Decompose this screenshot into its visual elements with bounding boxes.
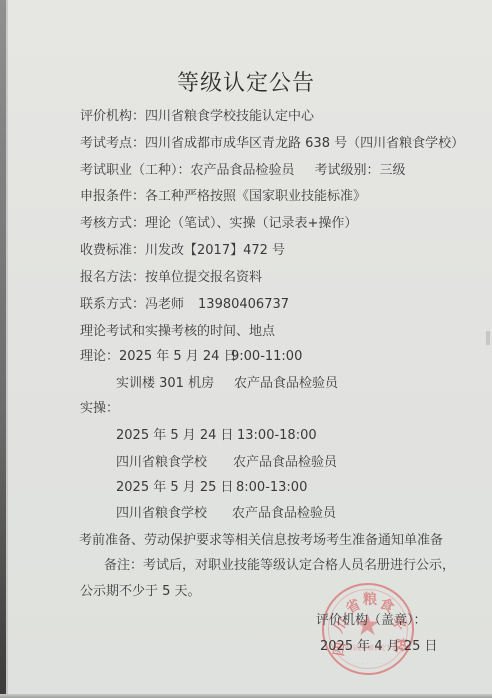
method-line: 考核方式：理论（笔试）、实操（记录表+操作）	[80, 216, 357, 232]
org-line: 评价机构：四川省粮食学校技能认定中心	[80, 109, 314, 125]
paper-edge-highlight	[6, 0, 8, 698]
paper-mark	[486, 331, 490, 345]
fee-value: 川发改【2017】472 号	[145, 243, 285, 258]
contact-label: 联系方式：	[80, 297, 145, 312]
contact-phone: 13980406737	[198, 297, 289, 312]
job-label: 考试职业（工种）：	[80, 163, 191, 178]
prep-note: 考前准备、劳动保护要求等相关信息按考场考生准备通知单准备	[79, 533, 443, 549]
paper-bottom-edge	[0, 694, 492, 698]
requirement-line: 申报条件：各工种严格按照《国家职业技能标准》	[80, 189, 366, 205]
theory-date: 2025 年 5 月 24 日	[119, 349, 237, 364]
practical-1-occupation: 农产品食品检验员	[233, 455, 337, 471]
practical-2-date: 2025 年 5 月 25 日	[116, 480, 234, 496]
document-title: 等级认定公告	[0, 66, 492, 97]
fee-label: 收费标准：	[80, 243, 145, 258]
contact-line: 联系方式：冯老师13980406737	[80, 297, 289, 313]
signup-label: 报名方法：	[80, 270, 145, 285]
remark-line-1: 备注：考试后，对职业技能等级认定合格人员名册进行公示，	[104, 558, 455, 574]
signup-line: 报名方法：按单位提交报名资料	[80, 270, 262, 286]
practical-1-location: 四川省粮食学校	[116, 455, 207, 471]
job-value: 农产品食品检验员	[191, 163, 295, 178]
practical-2-time: 8:00-13:00	[236, 480, 307, 496]
schedule-heading: 理论考试和实操考核的时间、地点	[80, 324, 275, 340]
practical-label: 实操：	[80, 401, 119, 417]
theory-time: 9:00-11:00	[231, 349, 302, 365]
contact-name: 冯老师	[145, 297, 184, 312]
theory-location: 实训楼 301 机房	[116, 376, 214, 392]
site-label: 考试考点：	[80, 136, 145, 151]
theory-line: 理论：2025 年 5 月 24 日	[80, 349, 237, 365]
signup-value: 按单位提交报名资料	[145, 270, 262, 285]
theory-label: 理论：	[80, 349, 119, 364]
req-value: 各工种严格按照《国家职业技能标准》	[145, 189, 366, 204]
practical-1-date: 2025 年 5 月 24 日	[116, 428, 234, 444]
practical-2-location: 四川省粮食学校	[116, 506, 207, 522]
req-label: 申报条件：	[80, 189, 145, 204]
site-value: 四川省成都市成华区青龙路 638 号（四川省粮食学校）	[145, 136, 464, 151]
signature-date: 2025 年 4 月 25 日	[320, 639, 438, 655]
seal-code: · · · · · · · · · ·	[344, 661, 396, 666]
official-seal: ★ 四 川 省 粮 食 学 校 职业技能等级认定专用章 · · · · · · …	[322, 583, 414, 675]
fee-line: 收费标准：川发改【2017】472 号	[80, 243, 285, 259]
level-value: 三级	[380, 163, 406, 178]
job-line: 考试职业（工种）：农产品食品检验员考试级别：三级	[80, 163, 406, 179]
org-label: 评价机构：	[80, 109, 145, 124]
org-value: 四川省粮食学校技能认定中心	[145, 109, 314, 124]
method-value: 理论（笔试）、实操（记录表+操作）	[145, 216, 357, 231]
site-line: 考试考点：四川省成都市成华区青龙路 638 号（四川省粮食学校）	[80, 136, 464, 152]
method-label: 考核方式：	[80, 216, 145, 231]
signature-label: 评价机构（盖章）：	[316, 613, 427, 629]
remark-line-2: 公示期不少于 5 天。	[80, 584, 201, 600]
level-label: 考试级别：	[315, 163, 380, 178]
practical-2-occupation: 农产品食品检验员	[232, 506, 336, 522]
practical-1-time: 13:00-18:00	[237, 428, 317, 444]
theory-occupation: 农产品食品检验员	[234, 376, 338, 392]
